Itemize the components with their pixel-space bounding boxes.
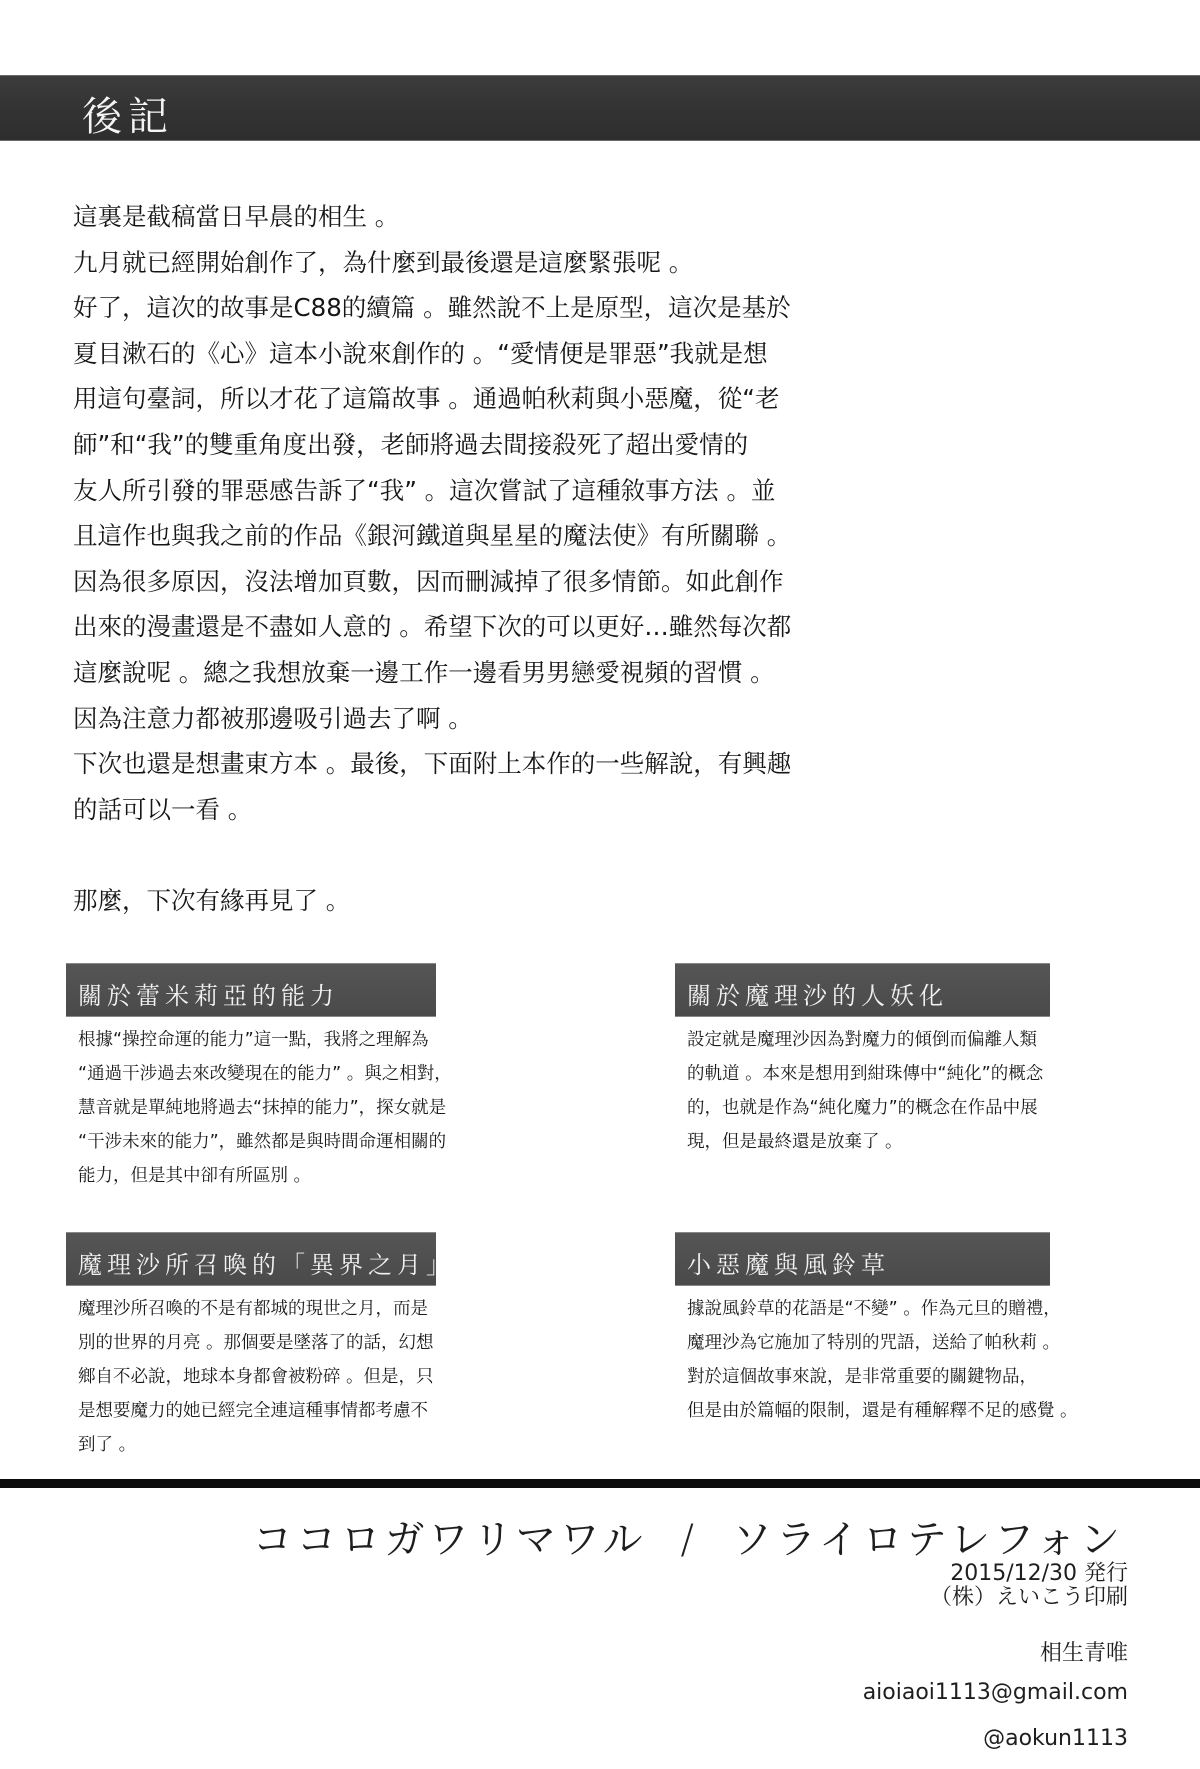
- note-line: 根據“操控命運的能力”這一點，我將之理解為: [78, 1023, 436, 1057]
- paragraph-line: 用這句臺詞，所以才花了這篇故事 。通過帕秋莉與小惡魔，從“老: [73, 376, 873, 422]
- note-line: 的，也就是作為“純化魔力”的概念在作品中展: [687, 1091, 1050, 1125]
- note-line: 設定就是魔理沙因為對魔力的傾倒而偏離人類: [687, 1023, 1050, 1057]
- note-line: 現，但是最終還是放棄了 。: [687, 1125, 1050, 1159]
- note-body: 據說風鈴草的花語是“不變” 。作為元旦的贈禮， 魔理沙為它施加了特別的咒語，送給…: [675, 1286, 1050, 1428]
- paragraph-line: 出來的漫畫還是不盡如人意的 。希望下次的可以更好…雖然每次都: [73, 604, 873, 650]
- note-line: 慧音就是單純地將過去“抹掉的能力”，探女就是: [78, 1091, 436, 1125]
- paragraph-line: 夏目漱石的《心》這本小說來創作的 。“愛情便是罪惡”我就是想: [73, 331, 873, 377]
- note-line: 能力，但是其中卻有所區別 。: [78, 1159, 436, 1193]
- book-title-left: ココロガワリマワル: [253, 1517, 647, 1563]
- note-koakuma-bellflower: 小惡魔與風鈴草 據說風鈴草的花語是“不變” 。作為元旦的贈禮， 魔理沙為它施加了…: [675, 1232, 1050, 1428]
- note-body: 根據“操控命運的能力”這一點，我將之理解為 “通過干涉過去來改變現在的能力” 。…: [66, 1017, 436, 1193]
- afterword-header-bar: 後記: [0, 75, 1200, 141]
- publication-date: 2015/12/30 発行: [950, 1562, 1128, 1586]
- note-marisa-youkai: 關於魔理沙的人妖化 設定就是魔理沙因為對魔力的傾倒而偏離人類 的軌道 。本來是想…: [675, 963, 1050, 1159]
- paragraph-line: 因為很多原因，沒法增加頁數，因而刪減掉了很多情節。如此創作: [73, 559, 873, 605]
- paragraph-spacer: [73, 832, 873, 878]
- note-line: 據說風鈴草的花語是“不變” 。作為元旦的贈禮，: [687, 1292, 1050, 1326]
- paragraph-line: 下次也還是想畫東方本 。最後，下面附上本作的一些解說，有興趣: [73, 741, 873, 787]
- afterword-body: 這裏是截稿當日早晨的相生 。 九月就已經開始創作了，為什麼到最後還是這麼緊張呢 …: [73, 194, 873, 924]
- paragraph-line: 的話可以一看 。: [73, 787, 873, 833]
- author-email: aioiaoi1113@gmail.com: [863, 1680, 1128, 1705]
- note-title: 關於蕾米莉亞的能力: [66, 963, 436, 1017]
- note-line: 對於這個故事來說，是非常重要的關鍵物品，: [687, 1360, 1050, 1394]
- note-line: “通過干涉過去來改變現在的能力” 。與之相對，: [78, 1057, 436, 1091]
- note-line: 別的世界的月亮 。那個要是墜落了的話，幻想: [78, 1326, 436, 1360]
- note-line: 但是由於篇幅的限制，還是有種解釋不足的感覺 。: [687, 1394, 1050, 1428]
- paragraph-line: 因為注意力都被那邊吸引過去了啊 。: [73, 696, 873, 742]
- note-line: 到了 。: [78, 1428, 436, 1462]
- paragraph-line: 好了，這次的故事是C88的續篇 。雖然說不上是原型，這次是基於: [73, 285, 873, 331]
- note-line: “干涉未來的能力”，雖然都是與時間命運相關的: [78, 1125, 436, 1159]
- author-name: 相生青唯: [1040, 1636, 1128, 1667]
- page-title: 後記: [82, 85, 174, 142]
- note-line: 的軌道 。本來是想用到紺珠傳中“純化”的概念: [687, 1057, 1050, 1091]
- author-twitter: @aokun1113: [983, 1726, 1128, 1751]
- note-otherworld-moon: 魔理沙所召喚的「異界之月」 魔理沙所召喚的不是有都城的現世之月，而是 別的世界的…: [66, 1232, 436, 1462]
- note-line: 是想要魔力的她已經完全連這種事情都考慮不: [78, 1394, 436, 1428]
- paragraph-line: 這裏是截稿當日早晨的相生 。: [73, 194, 873, 240]
- note-title: 魔理沙所召喚的「異界之月」: [66, 1232, 436, 1286]
- paragraph-line: 且這作也與我之前的作品《銀河鐵道與星星的魔法使》有所關聯 。: [73, 513, 873, 559]
- note-title: 關於魔理沙的人妖化: [675, 963, 1050, 1017]
- note-title: 小惡魔與風鈴草: [675, 1232, 1050, 1286]
- footer-divider: [0, 1479, 1200, 1488]
- paragraph-line: 友人所引發的罪惡感告訴了“我” 。這次嘗試了這種敘事方法 。並: [73, 468, 873, 514]
- paragraph-line: 這麼說呢 。總之我想放棄一邊工作一邊看男男戀愛視頻的習慣 。: [73, 650, 873, 696]
- note-line: 魔理沙所召喚的不是有都城的現世之月，而是: [78, 1292, 436, 1326]
- paragraph-line: 九月就已經開始創作了，為什麼到最後還是這麼緊張呢 。: [73, 240, 873, 286]
- paragraph-line: 師”和“我”的雙重角度出發，老師將過去間接殺死了超出愛情的: [73, 422, 873, 468]
- note-body: 設定就是魔理沙因為對魔力的傾倒而偏離人類 的軌道 。本來是想用到紺珠傳中“純化”…: [675, 1017, 1050, 1159]
- note-body: 魔理沙所召喚的不是有都城的現世之月，而是 別的世界的月亮 。那個要是墜落了的話，…: [66, 1286, 436, 1462]
- note-line: 鄉自不必說，地球本身都會被粉碎 。但是，只: [78, 1360, 436, 1394]
- printer-name: （株）えいこう印刷: [930, 1586, 1128, 1610]
- title-separator: /: [681, 1517, 698, 1563]
- book-title-right: ソライロテレフォン: [732, 1517, 1124, 1563]
- closing-line: 那麼，下次有緣再見了 。: [73, 878, 873, 924]
- note-line: 魔理沙為它施加了特別的咒語，送給了帕秋莉 。: [687, 1326, 1050, 1360]
- note-remilia-ability: 關於蕾米莉亞的能力 根據“操控命運的能力”這一點，我將之理解為 “通過干涉過去來…: [66, 963, 436, 1193]
- book-title: ココロガワリマワル/ソライロテレフォン: [253, 1508, 1124, 1565]
